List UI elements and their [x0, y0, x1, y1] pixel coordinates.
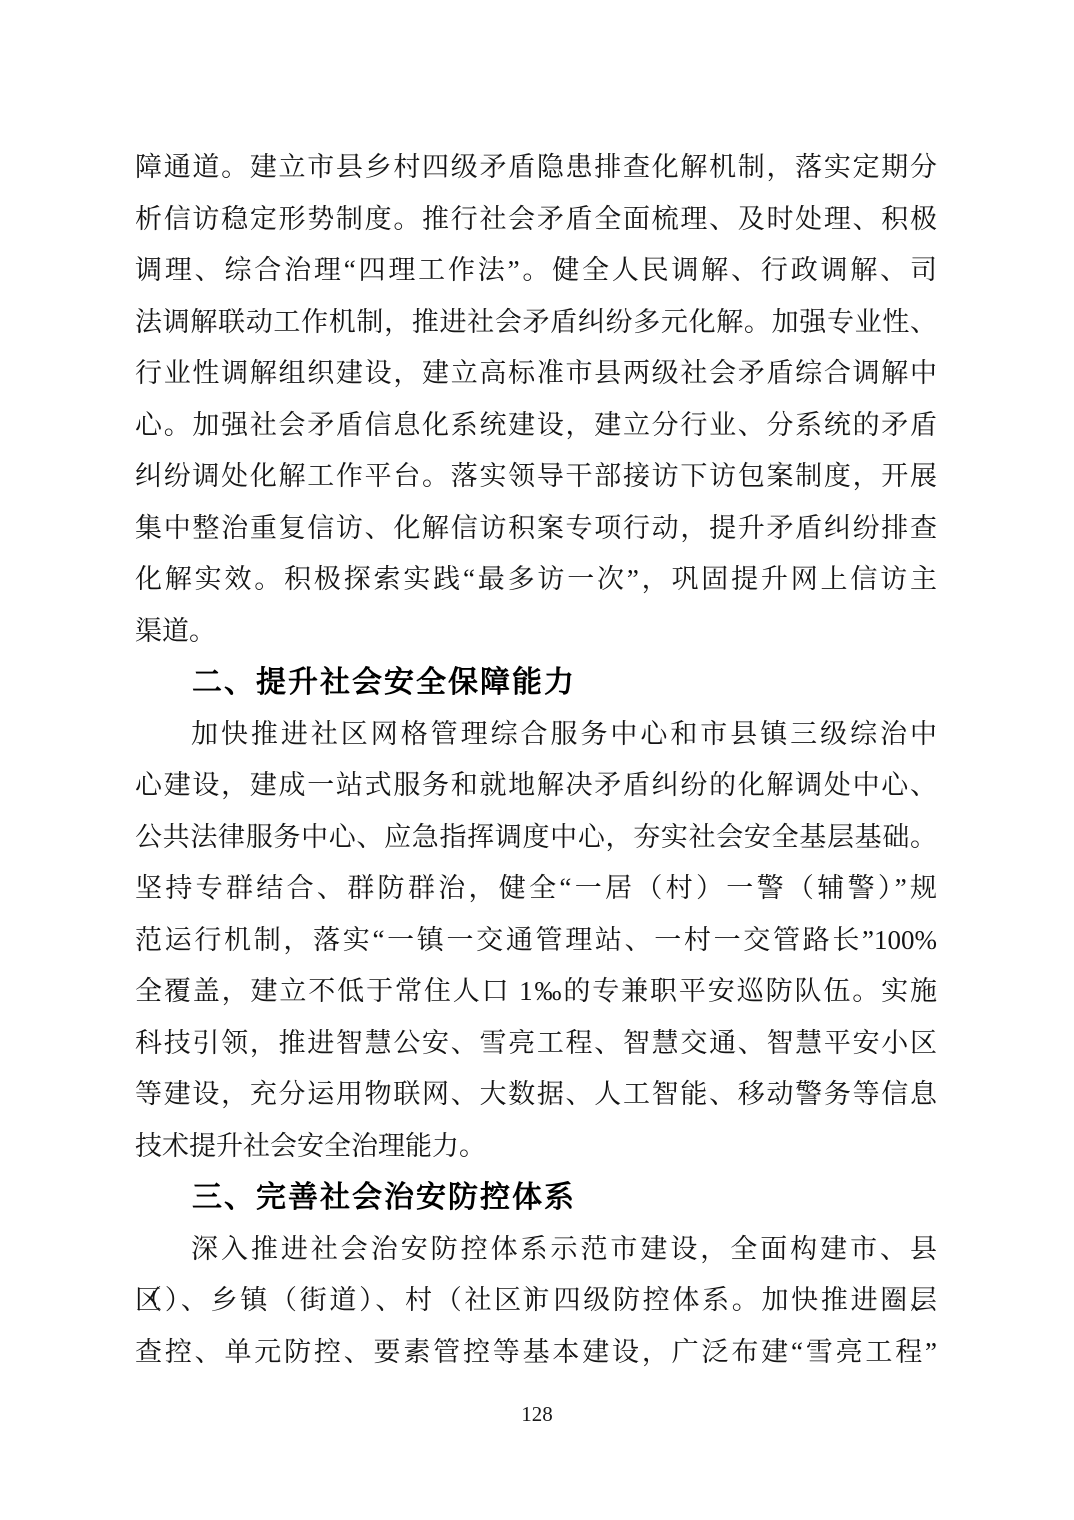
- document-body: 障通道。建立市县乡村四级矛盾隐患排查化解机制，落实定期分 析信访稳定形势制度。推…: [135, 142, 937, 1378]
- text-line: 析信访稳定形势制度。推行社会矛盾全面梳理、及时处理、积极: [135, 194, 937, 246]
- section-heading: 二、提升社会安全保障能力: [135, 657, 937, 709]
- text-line: 法调解联动工作机制，推进社会矛盾纠纷多元化解。加强专业性、: [135, 297, 937, 349]
- section-heading: 三、完善社会治安防控体系: [135, 1172, 937, 1224]
- text-line: 化解实效。积极探索实践“最多访一次”，巩固提升网上信访主: [135, 554, 937, 606]
- text-line: 范运行机制，落实“一镇一交通管理站、一村一交管路长”100%: [135, 915, 937, 967]
- text-line: 心。加强社会矛盾信息化系统建设，建立分行业、分系统的矛盾: [135, 400, 937, 452]
- text-line: 查控、单元防控、要素管控等基本建设，广泛布建“雪亮工程”: [135, 1327, 937, 1379]
- text-line: 集中整治重复信访、化解信访积案专项行动，提升矛盾纠纷排查: [135, 503, 937, 555]
- text-line: 公共法律服务中心、应急指挥调度中心，夯实社会安全基层基础。: [135, 812, 937, 864]
- text-line: 调理、综合治理“四理工作法”。健全人民调解、行政调解、司: [135, 245, 937, 297]
- text-line: 全覆盖，建立不低于常住人口 1‰的专兼职平安巡防队伍。实施: [135, 966, 937, 1018]
- text-line: 坚持专群结合、群防群治，健全“一居（村）一警（辅警）”规: [135, 863, 937, 915]
- text-line: 等建设，充分运用物联网、大数据、人工智能、移动警务等信息: [135, 1069, 937, 1121]
- text-line: 障通道。建立市县乡村四级矛盾隐患排查化解机制，落实定期分: [135, 142, 937, 194]
- text-line: 深入推进社会治安防控体系示范市建设，全面构建市、县（市、: [135, 1224, 937, 1276]
- text-line: 科技引领，推进智慧公安、雪亮工程、智慧交通、智慧平安小区: [135, 1018, 937, 1070]
- text-line: 心建设，建成一站式服务和就地解决矛盾纠纷的化解调处中心、: [135, 760, 937, 812]
- document-page: 障通道。建立市县乡村四级矛盾隐患排查化解机制，落实定期分 析信访稳定形势制度。推…: [0, 0, 1074, 1520]
- text-line: 技术提升社会安全治理能力。: [135, 1121, 937, 1173]
- text-line: 行业性调解组织建设，建立高标准市县两级社会矛盾综合调解中: [135, 348, 937, 400]
- text-line: 渠道。: [135, 606, 937, 658]
- text-line: 纠纷调处化解工作平台。落实领导干部接访下访包案制度，开展: [135, 451, 937, 503]
- page-number: 128: [0, 1402, 1074, 1427]
- text-line: 加快推进社区网格管理综合服务中心和市县镇三级综治中: [135, 709, 937, 761]
- text-line: 区）、乡镇（街道）、村（社区）四级防控体系。加快推进圈层: [135, 1275, 937, 1327]
